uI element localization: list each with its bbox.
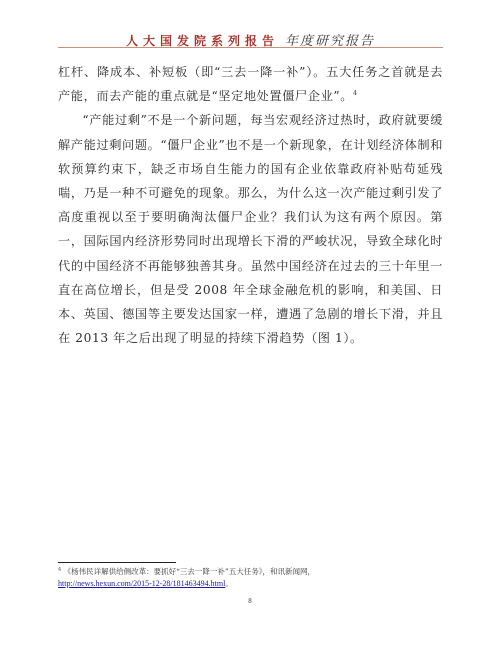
footnote-text: 《杨伟民详解供给侧改革：要抓好“三去一降一补”五大任务》，和讯新闻网， — [64, 567, 315, 576]
footnote-trailing: 。 — [225, 579, 233, 588]
page-number: 8 — [0, 597, 500, 605]
footnote-reference[interactable]: 4 — [353, 90, 357, 97]
footnote-link[interactable]: http://news.hexun.com/2015-12-28/1814634… — [58, 579, 225, 588]
paragraph-1-text: 杠杆、降成本、补短板（即“三去一降一补”）。五大任务之首就是去产能，而去产能的重… — [58, 65, 443, 103]
paragraph-1: 杠杆、降成本、补短板（即“三去一降一补”）。五大任务之首就是去产能，而去产能的重… — [58, 60, 443, 108]
footnote-divider — [58, 562, 176, 563]
header-divider — [58, 47, 443, 48]
footnote: 4 《杨伟民详解供给侧改革：要抓好“三去一降一补”五大任务》，和讯新闻网， ht… — [58, 566, 443, 590]
paragraph-2: “产能过剩”不是一个新问题，每当宏观经济过热时，政府就要缓解产能过剩问题。“僵尸… — [58, 108, 443, 350]
footnote-number: 4 — [58, 567, 61, 573]
body-text: 杠杆、降成本、补短板（即“三去一降一补”）。五大任务之首就是去产能，而去产能的重… — [58, 60, 443, 350]
series-title: 人大国发院系列报告 — [126, 34, 279, 48]
paragraph-2-text: “产能过剩”不是一个新问题，每当宏观经济过热时，政府就要缓解产能过剩问题。“僵尸… — [58, 113, 443, 345]
page-header: 人大国发院系列报告年度研究报告 — [58, 30, 443, 48]
